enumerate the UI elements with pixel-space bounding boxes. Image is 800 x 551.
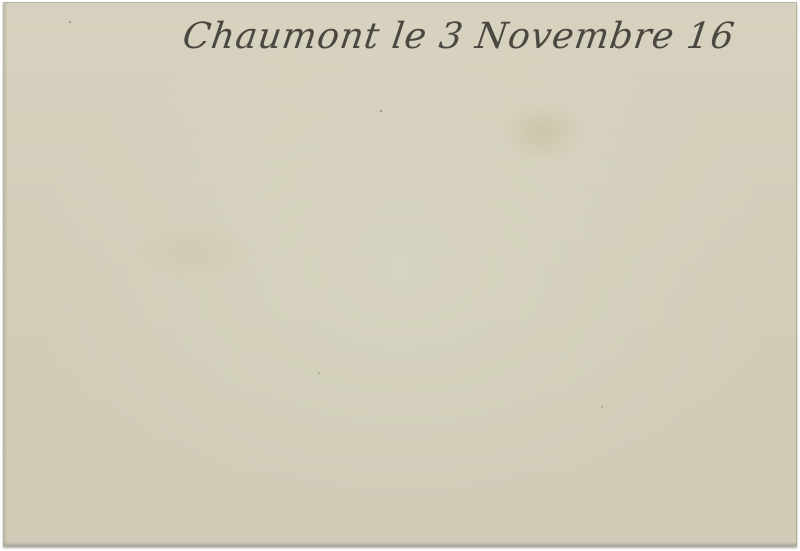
handwritten-dateline: Chaumont le 3 Novembre 16 (180, 16, 737, 57)
paper-speck (601, 406, 603, 408)
postcard-back: Chaumont le 3 Novembre 16 (3, 2, 797, 546)
paper-speck (318, 372, 320, 374)
paper-speck (69, 21, 71, 23)
paper-speck (380, 110, 382, 112)
